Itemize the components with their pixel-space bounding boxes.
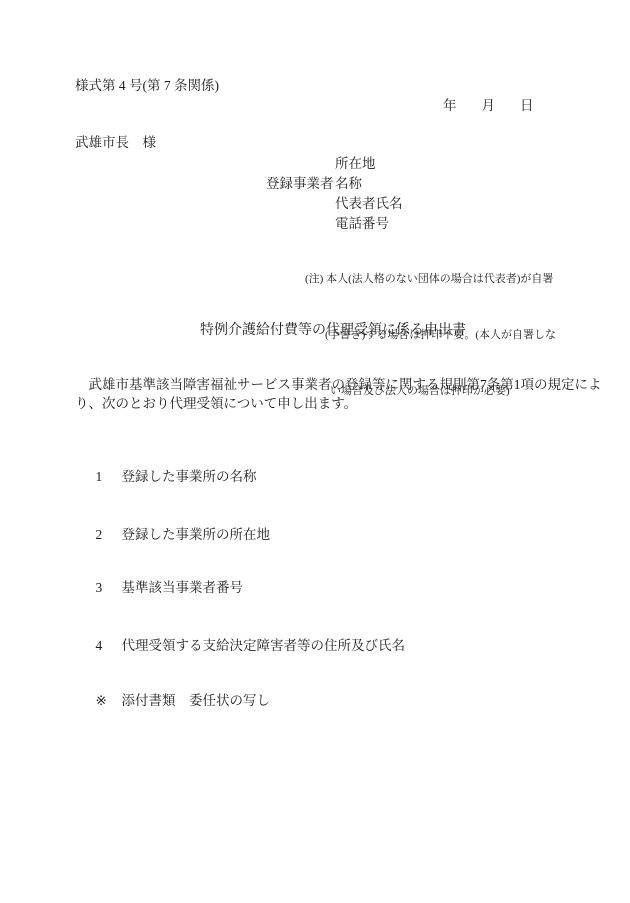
- date-month-label: 月: [482, 98, 496, 115]
- field-phone-label: 電話番号: [335, 216, 389, 233]
- attachment-text: 添付書類 委任状の写し: [122, 693, 271, 708]
- item-2-text: 登録した事業所の所在地: [122, 527, 271, 542]
- date-year-label: 年: [443, 98, 457, 115]
- document-page: 様式第 4 号(第 7 条関係) 年 月 日 武雄市長 様 登録事業者 所在地 …: [0, 0, 630, 903]
- list-item-4: 4代理受領する支給決定障害者等の住所及び氏名: [82, 621, 405, 672]
- attachment-note: ※添付書類 委任状の写し: [82, 676, 270, 727]
- item-3-text: 基準該当事業者番号: [122, 580, 244, 595]
- document-title: 特例介護給付費等の代理受領に係る申出書: [200, 322, 466, 340]
- attachment-marker: ※: [96, 693, 122, 710]
- item-1-text: 登録した事業所の名称: [122, 469, 257, 484]
- registrant-label: 登録事業者: [266, 176, 334, 193]
- body-paragraph-line-2: り、次のとおり代理受領について申し出ます。: [75, 396, 357, 413]
- field-location-label: 所在地: [335, 156, 376, 173]
- item-3-number: 3: [96, 580, 122, 597]
- body-paragraph-line-1: 武雄市基準該当障害福祉サービス事業者の登録等に関する規則第7条第1項の規定によ: [75, 377, 602, 394]
- list-item-3: 3基準該当事業者番号: [82, 563, 243, 614]
- list-item-2: 2登録した事業所の所在地: [82, 510, 270, 561]
- field-name-label: 名称: [335, 176, 362, 193]
- date-day-label: 日: [520, 98, 534, 115]
- item-1-number: 1: [96, 469, 122, 486]
- date-line: 年 月 日: [443, 98, 534, 115]
- addressee: 武雄市長 様: [75, 135, 156, 152]
- field-representative-label: 代表者氏名: [335, 196, 403, 213]
- note-line-1: (注) 本人(法人格のない団体の場合は代表者)が自署: [305, 270, 556, 289]
- form-number: 様式第 4 号(第 7 条関係): [75, 78, 219, 95]
- list-item-1: 1登録した事業所の名称: [82, 452, 257, 503]
- item-4-number: 4: [96, 638, 122, 655]
- item-2-number: 2: [96, 527, 122, 544]
- item-4-text: 代理受領する支給決定障害者等の住所及び氏名: [122, 638, 406, 653]
